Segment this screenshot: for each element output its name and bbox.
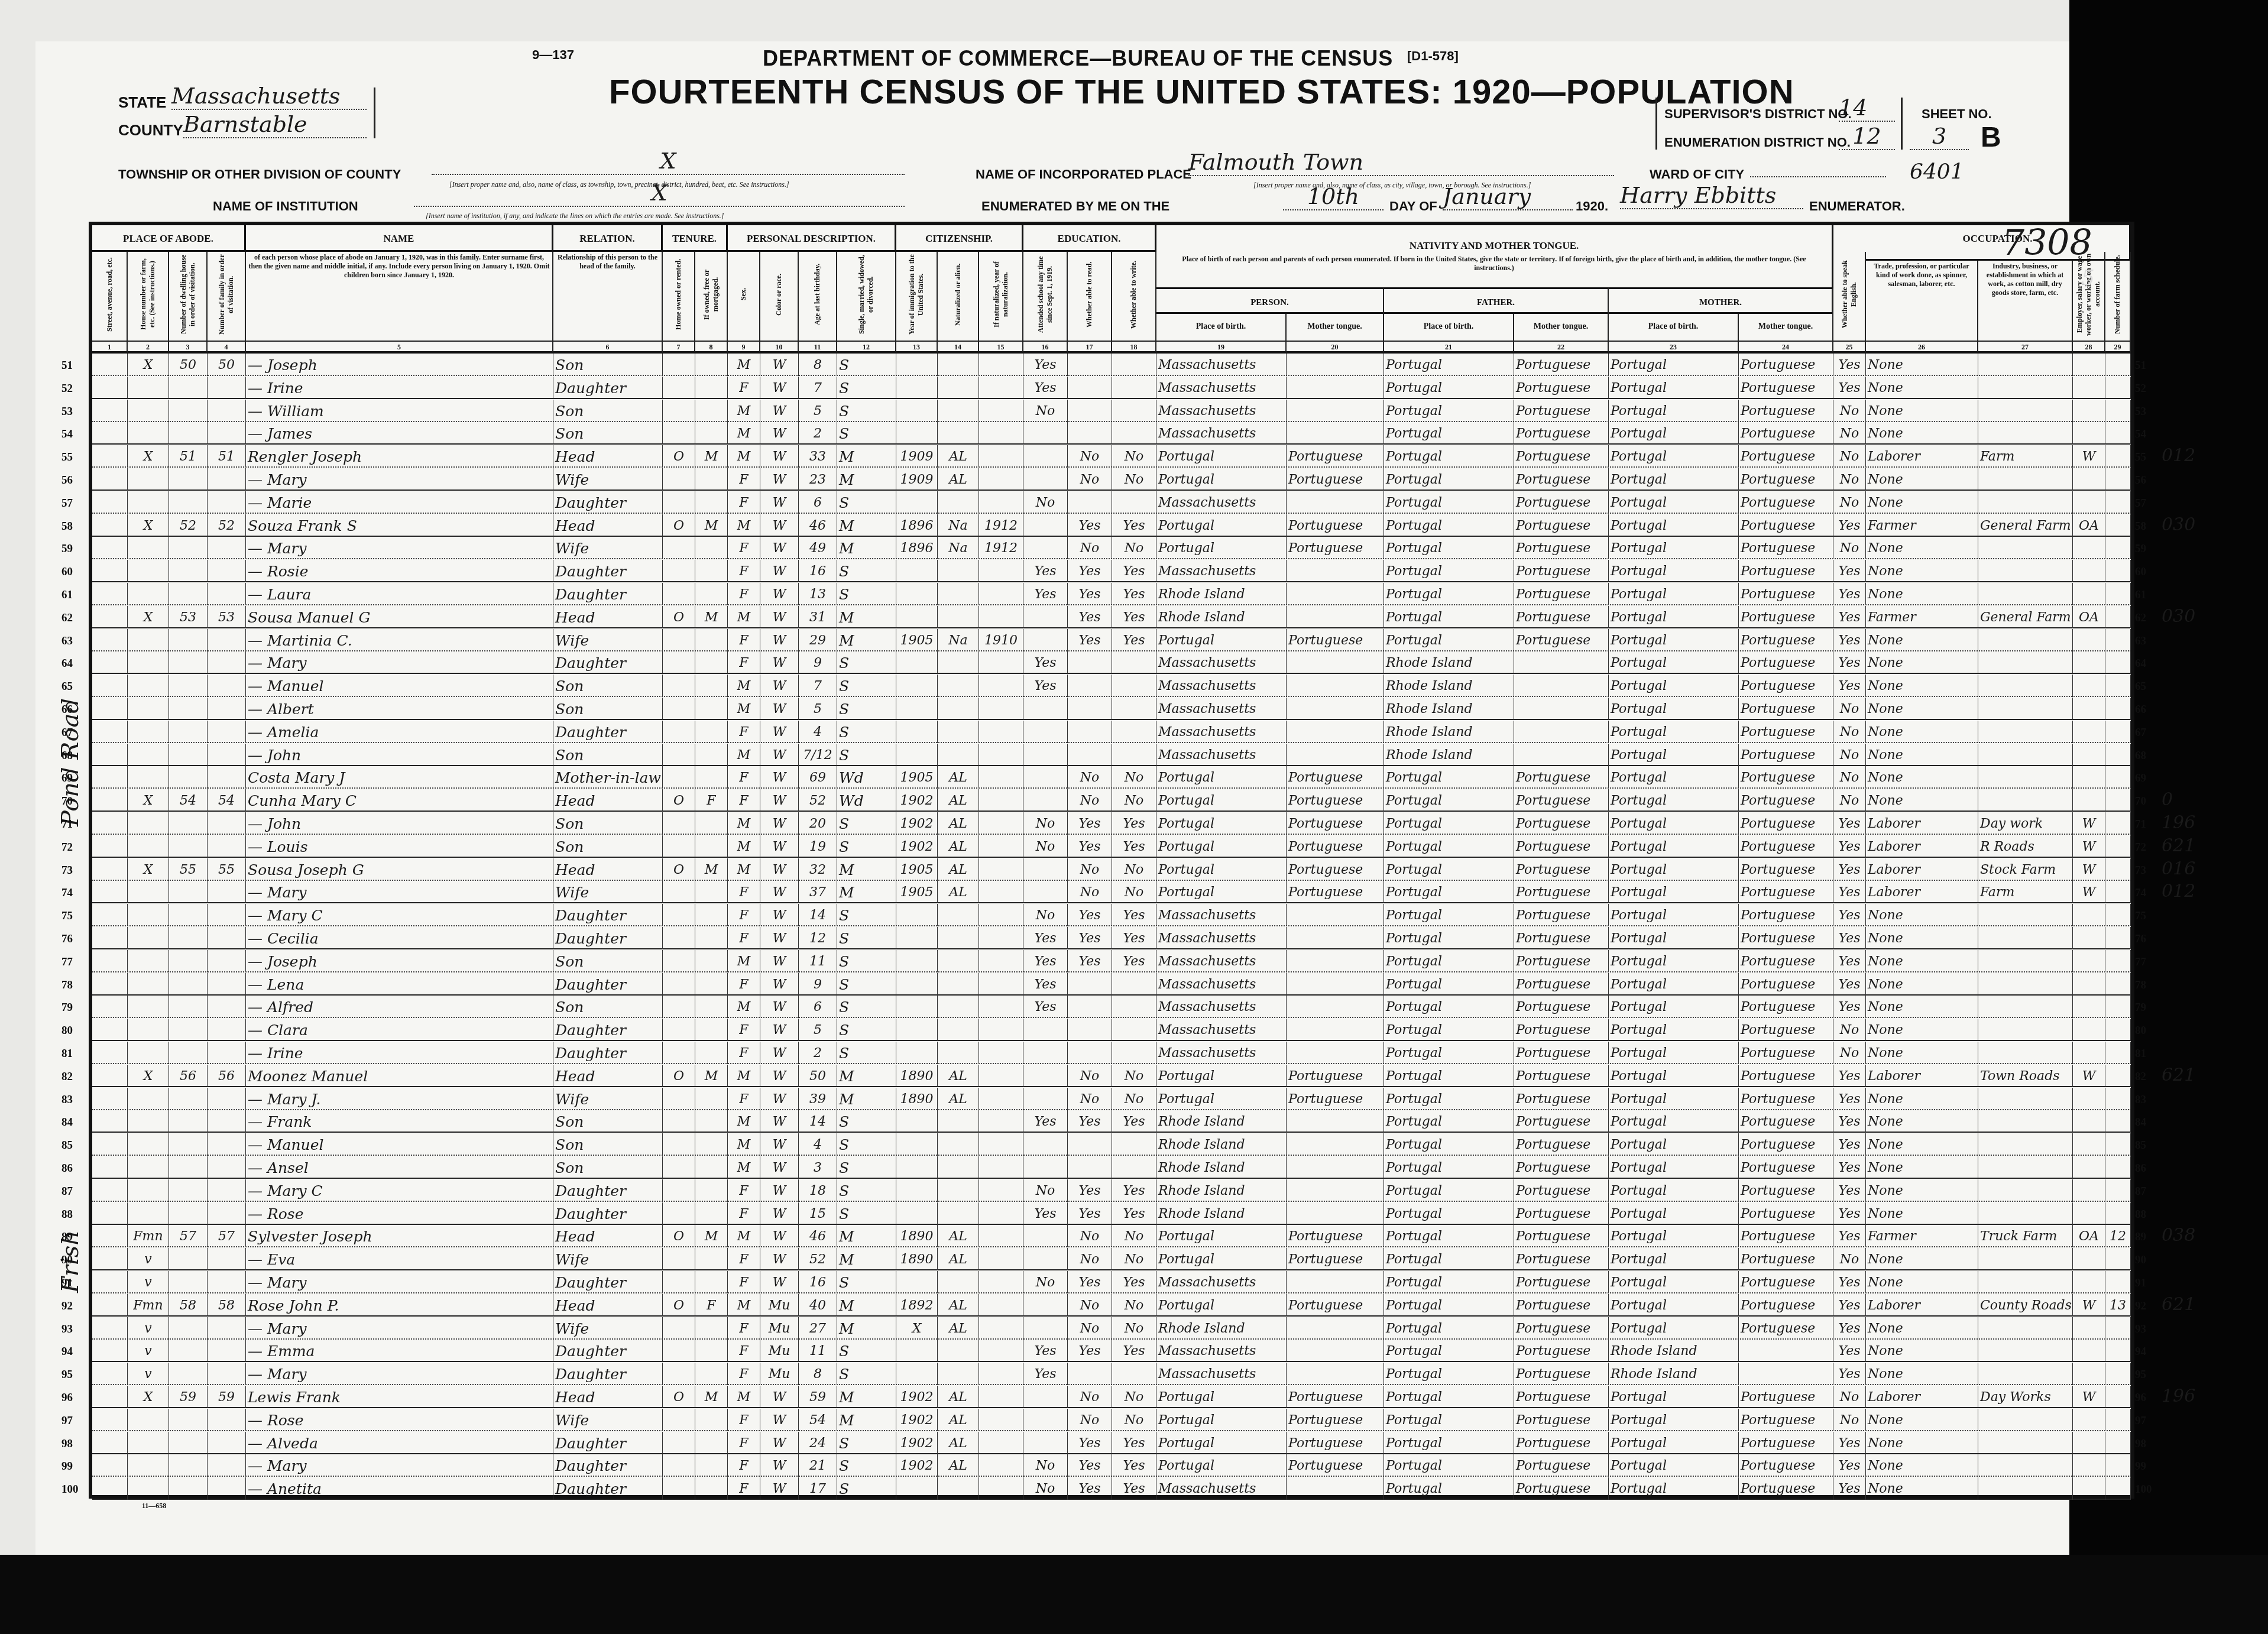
- cell-immig: 1905: [896, 858, 938, 881]
- cell-industry: [1978, 1179, 2073, 1202]
- cell-tongue: [1287, 1133, 1384, 1156]
- table-row[interactable]: v— EvaWifeFW52M1890ALNoNoPortugalPortugu…: [92, 1248, 2131, 1270]
- cell-nat: AL: [938, 1432, 979, 1454]
- cell-relation: Daughter: [553, 651, 663, 674]
- cell-mortgage: F: [695, 1294, 728, 1317]
- cell-race: W: [760, 812, 799, 835]
- cell-school: No: [1023, 1454, 1068, 1477]
- cell-natyear: [979, 1294, 1023, 1317]
- table-row[interactable]: — Mary CDaughterFW18SNoYesYesRhode Islan…: [92, 1179, 2131, 1202]
- cell-name: — Joseph: [246, 354, 553, 376]
- cell-name: — Mary: [246, 651, 553, 674]
- column-header-label: Home owned or rented.: [674, 253, 683, 336]
- cell-mortgage: [695, 1088, 728, 1110]
- cell-marital: S: [837, 1340, 896, 1362]
- cell-english: Yes: [1833, 927, 1866, 949]
- cell-name: — Anetita: [246, 1477, 553, 1500]
- cell-mtongue: Portuguese: [1739, 1110, 1833, 1133]
- cell-house: X: [128, 789, 169, 812]
- cell-farm: [2105, 812, 2131, 835]
- cell-nat: [938, 1133, 979, 1156]
- cell-industry: [1978, 744, 2073, 766]
- cell-race: W: [760, 445, 799, 468]
- cell-house: [128, 1110, 169, 1133]
- ward-field[interactable]: [1750, 155, 1886, 177]
- group-name: NAME: [246, 225, 553, 252]
- year-label: 1920.: [1576, 199, 1608, 214]
- column-header-5: of each person whose place of abode on J…: [246, 252, 553, 341]
- cell-natyear: [979, 1042, 1023, 1064]
- table-row[interactable]: — MaryDaughterFW9SYesMassachusettsRhode …: [92, 651, 2131, 674]
- cell-owned: [663, 1363, 695, 1385]
- cell-relation: Wife: [553, 1088, 663, 1110]
- cell-birth: Rhode Island: [1156, 1179, 1287, 1202]
- cell-name: — Frank: [246, 1110, 553, 1133]
- cell-relation: Head: [553, 606, 663, 628]
- cell-relation: Daughter: [553, 904, 663, 926]
- cell-farm: [2105, 1065, 2131, 1087]
- table-row[interactable]: — RosieDaughterFW16SYesYesYesMassachuset…: [92, 560, 2131, 582]
- cell-mtongue: [1739, 1363, 1833, 1385]
- cell-relation: Wife: [553, 468, 663, 491]
- cell-tongue: [1287, 1019, 1384, 1041]
- column-header-8: If owned, free or mortgaged.: [695, 252, 728, 341]
- cell-farm: [2105, 514, 2131, 537]
- table-row[interactable]: Fmn5858Rose John P.HeadOFMMu40M1892ALNoN…: [92, 1294, 2131, 1317]
- cell-school: No: [1023, 835, 1068, 858]
- table-row[interactable]: — ManuelSonMW7SYesMassachusettsRhode Isl…: [92, 675, 2131, 697]
- margin-occupation-code: 0: [2162, 789, 2173, 810]
- cell-trade: None: [1866, 583, 1978, 605]
- cell-street: [92, 400, 128, 422]
- table-row[interactable]: — WilliamSonMW5SNoMassachusettsPortugalP…: [92, 400, 2131, 422]
- cell-english: No: [1833, 537, 1866, 559]
- cell-immig: [896, 698, 938, 720]
- cell-owned: [663, 1248, 695, 1270]
- table-row[interactable]: — LouisSonMW19S1902ALNoYesYesPortugalPor…: [92, 835, 2131, 858]
- cell-mtongue: Portuguese: [1739, 858, 1833, 881]
- cell-relation: Son: [553, 1110, 663, 1133]
- line-number-left: 99: [61, 1460, 73, 1473]
- cell-birth: Portugal: [1156, 468, 1287, 491]
- table-row[interactable]: — RoseWifeFW54M1902ALNoNoPortugalPortugu…: [92, 1409, 2131, 1431]
- cell-owned: O: [663, 1065, 695, 1087]
- cell-write: Yes: [1112, 1179, 1156, 1202]
- state-field[interactable]: Massachusetts: [171, 83, 367, 110]
- cell-tongue: [1287, 1156, 1384, 1179]
- cell-age: 5: [799, 400, 837, 422]
- cell-marital: S: [837, 996, 896, 1018]
- cell-name: — Joseph: [246, 950, 553, 972]
- cell-mbirth: Portugal: [1609, 1133, 1739, 1156]
- cell-class: [2073, 1454, 2105, 1477]
- cell-class: [2073, 1179, 2105, 1202]
- table-row[interactable]: — AmeliaDaughterFW4SMassachusettsRhode I…: [92, 721, 2131, 743]
- cell-mortgage: [695, 721, 728, 743]
- cell-ftongue: Portuguese: [1514, 973, 1609, 996]
- township-field[interactable]: X: [432, 148, 905, 175]
- cell-dwelling: [169, 1248, 208, 1270]
- cell-owned: O: [663, 1225, 695, 1247]
- cell-relation: Daughter: [553, 1019, 663, 1041]
- cell-class: W: [2073, 1065, 2105, 1087]
- cell-read: Yes: [1068, 835, 1112, 858]
- cell-street: [92, 835, 128, 858]
- cell-ftongue: Portuguese: [1514, 835, 1609, 858]
- cell-immig: [896, 1133, 938, 1156]
- table-row[interactable]: — LenaDaughterFW9SYesMassachusettsPortug…: [92, 973, 2131, 996]
- table-row[interactable]: — FrankSonMW14SYesYesYesRhode IslandPort…: [92, 1110, 2131, 1133]
- cell-nat: AL: [938, 858, 979, 881]
- cell-ftongue: Portuguese: [1514, 606, 1609, 628]
- cell-tongue: [1287, 422, 1384, 445]
- cell-school: Yes: [1023, 927, 1068, 949]
- cell-school: [1023, 629, 1068, 651]
- cell-ftongue: Portuguese: [1514, 354, 1609, 376]
- supervisor-district-label: Supervisor's District No.: [1664, 106, 1852, 122]
- cell-sex: M: [728, 354, 760, 376]
- cell-race: W: [760, 835, 799, 858]
- cell-school: Yes: [1023, 675, 1068, 697]
- table-row[interactable]: — JosephSonMW11SYesYesYesMassachusettsPo…: [92, 950, 2131, 972]
- table-row[interactable]: v— EmmaDaughterFMu11SYesYesYesMassachuse…: [92, 1340, 2131, 1362]
- cell-read: Yes: [1068, 812, 1112, 835]
- cell-trade: None: [1866, 950, 1978, 972]
- table-row[interactable]: — ClaraDaughterFW5SMassachusettsPortugal…: [92, 1019, 2131, 1041]
- cell-nat: [938, 1202, 979, 1225]
- cell-mbirth: Portugal: [1609, 881, 1739, 903]
- cell-nat: AL: [938, 812, 979, 835]
- line-number-left: 52: [61, 382, 73, 395]
- cell-name: — Manuel: [246, 675, 553, 697]
- cell-industry: [1978, 789, 2073, 812]
- cell-immig: 1902: [896, 1386, 938, 1408]
- cell-street: [92, 1248, 128, 1270]
- cell-immig: 1905: [896, 766, 938, 789]
- line-number-left: 68: [61, 750, 73, 763]
- cell-immig: X: [896, 1317, 938, 1340]
- cell-industry: [1978, 904, 2073, 926]
- cell-mbirth: Portugal: [1609, 1248, 1739, 1270]
- cell-english: Yes: [1833, 835, 1866, 858]
- cell-age: 29: [799, 629, 837, 651]
- cell-class: W: [2073, 881, 2105, 903]
- line-number-left: 94: [61, 1346, 73, 1359]
- cell-relation: Head: [553, 1294, 663, 1317]
- cell-sex: F: [728, 927, 760, 949]
- cell-sex: F: [728, 1432, 760, 1454]
- table-row[interactable]: — IrineDaughterFW2SMassachusettsPortugal…: [92, 1042, 2131, 1064]
- nativity-title: NATIVITY AND MOTHER TONGUE.: [1156, 237, 1832, 255]
- table-row[interactable]: — MaryWifeFW37M1905ALNoNoPortugalPortugu…: [92, 881, 2131, 903]
- cell-dwelling: [169, 629, 208, 651]
- line-number-right: 59: [2135, 543, 2146, 556]
- cell-school: [1023, 422, 1068, 445]
- table-row[interactable]: — MaryWifeFW23M1909ALNoNoPortugalPortugu…: [92, 468, 2131, 491]
- column-number: 20: [1287, 341, 1384, 354]
- institution-label: Name of Institution: [213, 199, 358, 214]
- cell-tongue: Portuguese: [1287, 1432, 1384, 1454]
- table-row[interactable]: — JohnSonMW20S1902ALNoYesYesPortugalPort…: [92, 812, 2131, 835]
- cell-mtongue: Portuguese: [1739, 583, 1833, 605]
- cell-tongue: Portuguese: [1287, 1386, 1384, 1408]
- table-row[interactable]: X5050— JosephSonMW8SYesMassachusettsPort…: [92, 354, 2131, 376]
- column-header-9: Sex.: [728, 252, 760, 341]
- table-row[interactable]: X5252Souza Frank SHeadOMMW46M1896Na1912Y…: [92, 514, 2131, 537]
- table-row[interactable]: — JohnSonMW7/12SMassachusettsRhode Islan…: [92, 744, 2131, 766]
- cell-race: W: [760, 1409, 799, 1431]
- cell-read: [1068, 973, 1112, 996]
- table-row[interactable]: X5959Lewis FrankHeadOMMW59M1902ALNoNoPor…: [92, 1386, 2131, 1408]
- cell-relation: Daughter: [553, 1179, 663, 1202]
- cell-nat: AL: [938, 1294, 979, 1317]
- cell-dwelling: [169, 766, 208, 789]
- cell-immig: [896, 904, 938, 926]
- cell-owned: [663, 1454, 695, 1477]
- cell-sex: M: [728, 400, 760, 422]
- cell-relation: Daughter: [553, 1042, 663, 1064]
- cell-english: No: [1833, 1019, 1866, 1041]
- cell-birth: Portugal: [1156, 858, 1287, 881]
- line-number-right: 73: [2135, 864, 2146, 877]
- table-row[interactable]: — RoseDaughterFW15SYesYesYesRhode Island…: [92, 1202, 2131, 1225]
- cell-fbirth: Rhode Island: [1384, 675, 1514, 697]
- table-row[interactable]: — LauraDaughterFW13SYesYesYesRhode Islan…: [92, 583, 2131, 605]
- table-row[interactable]: — Mary J.WifeFW39M1890ALNoNoPortugalPort…: [92, 1088, 2131, 1110]
- column-header-label: Relationship of this person to the head …: [555, 253, 660, 271]
- cell-farm: [2105, 1409, 2131, 1431]
- cell-sex: M: [728, 1133, 760, 1156]
- table-row[interactable]: X5555Sousa Joseph GHeadOMMW32M1905ALNoNo…: [92, 858, 2131, 881]
- cell-school: [1023, 1386, 1068, 1408]
- cell-nat: [938, 1340, 979, 1362]
- cell-race: W: [760, 1202, 799, 1225]
- cell-family: [208, 950, 246, 972]
- cell-relation: Daughter: [553, 973, 663, 996]
- table-row[interactable]: — Martinia C.WifeFW29M1905Na1910YesYesPo…: [92, 629, 2131, 651]
- cell-owned: [663, 812, 695, 835]
- cell-school: [1023, 514, 1068, 537]
- cell-school: [1023, 445, 1068, 468]
- cell-natyear: [979, 1156, 1023, 1179]
- cell-farm: [2105, 950, 2131, 972]
- cell-marital: M: [837, 1294, 896, 1317]
- table-row[interactable]: X5353Sousa Manuel GHeadOMMW31MYesYesRhod…: [92, 606, 2131, 628]
- table-row[interactable]: — JamesSonMW2SMassachusettsPortugalPortu…: [92, 422, 2131, 445]
- table-row[interactable]: — CeciliaDaughterFW12SYesYesYesMassachus…: [92, 927, 2131, 949]
- cell-write: [1112, 1042, 1156, 1064]
- enumerated-month-field[interactable]: January: [1443, 183, 1573, 210]
- column-header-3: Number of dwelling house in order of vis…: [169, 252, 208, 341]
- cell-relation: Son: [553, 835, 663, 858]
- cell-marital: M: [837, 445, 896, 468]
- institution-hint: [Insert name of institution, if any, and…: [426, 212, 724, 221]
- cell-marital: S: [837, 744, 896, 766]
- table-row[interactable]: v— MaryDaughterFMu8SYesMassachusettsPort…: [92, 1363, 2131, 1385]
- line-number-left: 75: [61, 910, 73, 923]
- enumeration-district-field[interactable]: 12: [1839, 123, 1895, 150]
- cell-name: — William: [246, 400, 553, 422]
- cell-immig: [896, 721, 938, 743]
- cell-ftongue: Portuguese: [1514, 445, 1609, 468]
- table-row[interactable]: v— MaryDaughterFW16SNoYesYesMassachusett…: [92, 1271, 2131, 1293]
- cell-industry: [1978, 560, 2073, 582]
- cell-farm: [2105, 1110, 2131, 1133]
- cell-natyear: [979, 881, 1023, 903]
- cell-marital: M: [837, 468, 896, 491]
- cell-fbirth: Portugal: [1384, 1088, 1514, 1110]
- table-row[interactable]: — AlfredSonMW6SYesMassachusettsPortugalP…: [92, 996, 2131, 1018]
- cell-mtongue: Portuguese: [1739, 973, 1833, 996]
- cell-relation: Head: [553, 1065, 663, 1087]
- cell-race: W: [760, 1248, 799, 1270]
- cell-immig: [896, 354, 938, 376]
- table-row[interactable]: — AlbertSonMW5SMassachusettsRhode Island…: [92, 698, 2131, 720]
- cell-owned: [663, 468, 695, 491]
- cell-mtongue: Portuguese: [1739, 514, 1833, 537]
- cell-nat: AL: [938, 766, 979, 789]
- cell-mortgage: [695, 1042, 728, 1064]
- cell-write: [1112, 721, 1156, 743]
- cell-marital: S: [837, 583, 896, 605]
- incorporated-place-label: Name of incorporated place: [976, 167, 1191, 182]
- cell-dwelling: 55: [169, 858, 208, 881]
- cell-relation: Head: [553, 514, 663, 537]
- cell-house: [128, 881, 169, 903]
- cell-class: [2073, 1248, 2105, 1270]
- cell-mortgage: [695, 1340, 728, 1362]
- cell-industry: [1978, 354, 2073, 376]
- column-header-label: Place of birth.: [1610, 315, 1736, 339]
- cell-fbirth: Portugal: [1384, 377, 1514, 399]
- cell-write: [1112, 996, 1156, 1018]
- cell-street: [92, 1156, 128, 1179]
- cell-mortgage: [695, 468, 728, 491]
- cell-write: [1112, 377, 1156, 399]
- cell-family: [208, 1248, 246, 1270]
- table-row[interactable]: — MarieDaughterFW6SNoMassachusettsPortug…: [92, 491, 2131, 514]
- county-field[interactable]: Barnstable: [183, 111, 367, 138]
- cell-street: [92, 1340, 128, 1362]
- line-number-left: 100: [61, 1483, 79, 1496]
- cell-ftongue: Portuguese: [1514, 1317, 1609, 1340]
- cell-farm: [2105, 1248, 2131, 1270]
- column-header-label: Mother tongue.: [1515, 315, 1606, 339]
- cell-industry: [1978, 1363, 2073, 1385]
- table-row[interactable]: X5151Rengler JosephHeadOMMW33M1909ALNoNo…: [92, 445, 2131, 468]
- supervisor-district-field[interactable]: 14: [1839, 95, 1895, 122]
- cell-street: [92, 1477, 128, 1500]
- enumerated-day-field[interactable]: 10th: [1283, 183, 1384, 210]
- table-row[interactable]: v— MaryWifeFMu27MXALNoNoRhode IslandPort…: [92, 1317, 2131, 1340]
- table-row[interactable]: X5454Cunha Mary CHeadOFFW52Wd1902ALNoNoP…: [92, 789, 2131, 812]
- cell-tongue: [1287, 377, 1384, 399]
- cell-name: — Emma: [246, 1340, 553, 1362]
- cell-mortgage: [695, 377, 728, 399]
- cell-immig: [896, 1477, 938, 1500]
- cell-natyear: 1912: [979, 514, 1023, 537]
- cell-family: [208, 904, 246, 926]
- line-number-left: 92: [61, 1300, 73, 1313]
- cell-name: Sylvester Joseph: [246, 1225, 553, 1247]
- cell-english: No: [1833, 1248, 1866, 1270]
- cell-race: W: [760, 766, 799, 789]
- cell-natyear: [979, 858, 1023, 881]
- table-row[interactable]: Costa Mary JMother-in-lawFW69Wd1905ALNoN…: [92, 766, 2131, 789]
- cell-industry: [1978, 1271, 2073, 1293]
- table-row[interactable]: — MaryDaughterFW21S1902ALNoYesYesPortuga…: [92, 1454, 2131, 1477]
- day-of-label: day of: [1389, 199, 1437, 214]
- cell-mtongue: Portuguese: [1739, 904, 1833, 926]
- table-row[interactable]: X5656Moonez ManuelHeadOMMW50M1890ALNoNoP…: [92, 1065, 2131, 1087]
- table-row[interactable]: — MaryWifeFW49M1896Na1912NoNoPortugalPor…: [92, 537, 2131, 559]
- enumerator-field[interactable]: Harry Ebbitts: [1620, 182, 1803, 209]
- cell-house: Fmn: [128, 1225, 169, 1247]
- enumeration-district-label: Enumeration District No.: [1664, 135, 1851, 150]
- cell-write: No: [1112, 766, 1156, 789]
- table-row[interactable]: — AlvedaDaughterFW24S1902ALYesYesPortuga…: [92, 1432, 2131, 1454]
- line-number-right: 96: [2135, 1392, 2146, 1405]
- sheet-number-field[interactable]: 3: [1910, 123, 1969, 150]
- cell-sex: F: [728, 629, 760, 651]
- cell-house: [128, 675, 169, 697]
- cell-house: X: [128, 1386, 169, 1408]
- table-row[interactable]: — IrineDaughterFW7SYesMassachusettsPortu…: [92, 377, 2131, 399]
- column-header-label: Trade, profession, or particular kind of…: [1867, 262, 1976, 288]
- cell-farm: [2105, 1019, 2131, 1041]
- cell-write: No: [1112, 1248, 1156, 1270]
- cell-read: [1068, 1042, 1112, 1064]
- cell-english: Yes: [1833, 1432, 1866, 1454]
- cell-dwelling: [169, 468, 208, 491]
- table-row[interactable]: Fmn5757Sylvester JosephHeadOMMW46M1890AL…: [92, 1225, 2131, 1247]
- cell-mortgage: [695, 1248, 728, 1270]
- cell-english: No: [1833, 1409, 1866, 1431]
- cell-mortgage: [695, 1409, 728, 1431]
- cell-age: 59: [799, 1386, 837, 1408]
- cell-relation: Daughter: [553, 1432, 663, 1454]
- cell-name: — Cecilia: [246, 927, 553, 949]
- cell-natyear: [979, 1088, 1023, 1110]
- cell-natyear: [979, 698, 1023, 720]
- cell-fbirth: Rhode Island: [1384, 721, 1514, 743]
- cell-mortgage: [695, 766, 728, 789]
- cell-natyear: [979, 766, 1023, 789]
- incorporated-place-field[interactable]: Falmouth Town: [1188, 149, 1614, 176]
- cell-write: [1112, 1156, 1156, 1179]
- table-row[interactable]: — AnetitaDaughterFW17SNoYesYesMassachuse…: [92, 1477, 2131, 1500]
- cell-age: 14: [799, 904, 837, 926]
- cell-dwelling: [169, 1110, 208, 1133]
- cell-fbirth: Portugal: [1384, 858, 1514, 881]
- cell-natyear: [979, 1409, 1023, 1431]
- institution-field[interactable]: X: [414, 180, 905, 207]
- table-row[interactable]: — ManuelSonMW4SRhode IslandPortugalPortu…: [92, 1133, 2131, 1156]
- cell-dwelling: 54: [169, 789, 208, 812]
- cell-write: Yes: [1112, 835, 1156, 858]
- cell-read: [1068, 698, 1112, 720]
- cell-family: [208, 560, 246, 582]
- column-number: 2: [128, 341, 169, 354]
- cell-fbirth: Portugal: [1384, 950, 1514, 972]
- column-header-label: Sex.: [739, 253, 748, 336]
- table-row[interactable]: — Mary CDaughterFW14SNoYesYesMassachuset…: [92, 904, 2131, 926]
- cell-immig: [896, 1271, 938, 1293]
- cell-birth: Portugal: [1156, 1248, 1287, 1270]
- table-row[interactable]: — AnselSonMW3SRhode IslandPortugalPortug…: [92, 1156, 2131, 1179]
- cell-english: Yes: [1833, 354, 1866, 376]
- cell-house: v: [128, 1271, 169, 1293]
